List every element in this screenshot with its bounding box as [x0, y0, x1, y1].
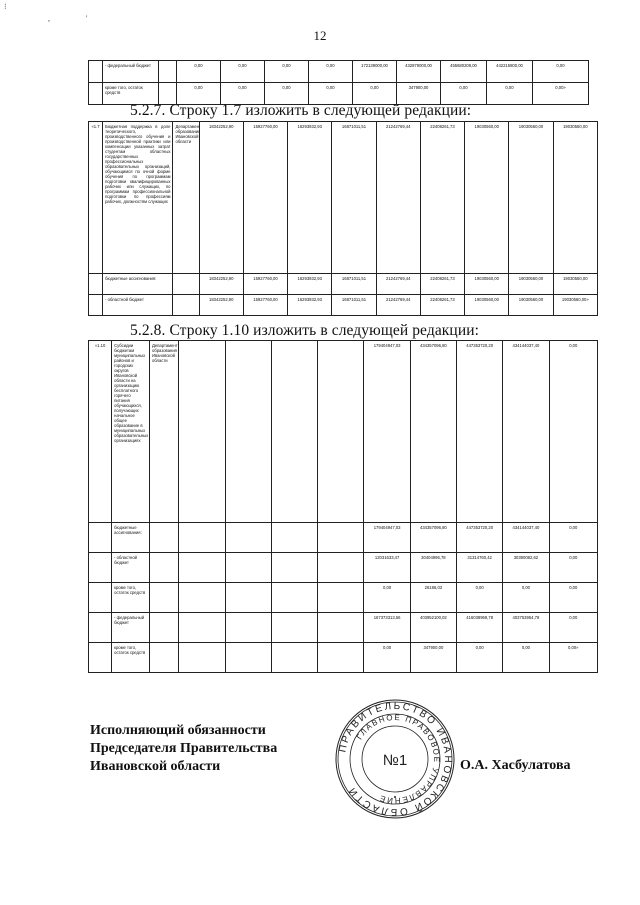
empty-cell	[89, 295, 103, 316]
empty-cell	[179, 583, 225, 613]
value-cell: 30390082,62	[503, 553, 549, 583]
empty-cell	[173, 295, 199, 316]
value-cell: 0,00	[487, 83, 533, 105]
value-cell: 447353720,20	[457, 341, 503, 523]
value-cell: 0,00	[549, 613, 597, 643]
value-cell: 16871011,51	[332, 295, 376, 316]
empty-cell	[318, 643, 364, 673]
table-row: - областной бюджет18342252,9015927760,00…	[89, 295, 598, 316]
empty-cell	[179, 341, 225, 523]
value-cell: 434357096,80	[410, 341, 456, 523]
value-cell: 0,00	[364, 643, 410, 673]
value-cell: 22408261,73	[420, 295, 464, 316]
value-cell: 19030560,00	[553, 122, 597, 274]
value-cell: 434144037,40	[503, 341, 549, 523]
value-cell: 21242769,44	[376, 295, 420, 316]
row-label: бюджетные ассигнования:	[103, 274, 173, 295]
empty-cell	[89, 643, 112, 673]
value-cell: 16871011,51	[332, 274, 376, 295]
empty-cell	[318, 341, 364, 523]
empty-cell	[173, 274, 199, 295]
empty-cell	[225, 613, 271, 643]
empty-cell	[89, 523, 112, 553]
empty-cell	[318, 583, 364, 613]
table-row-1-7: «1.7 Бюджетная поддержка в доле теоретич…	[88, 121, 598, 316]
value-cell: 0,00	[549, 341, 597, 523]
value-cell: 21242769,44	[376, 122, 420, 274]
section-528-heading: 5.2.8. Строку 1.10 изложить в следующей …	[130, 322, 479, 340]
value-cell: 19030560,00	[553, 274, 597, 295]
row-label: - областной бюджет	[112, 553, 150, 583]
empty-cell	[149, 553, 178, 583]
value-cell: 172139000,00	[353, 61, 397, 83]
row-number: «1.10	[89, 341, 112, 523]
value-cell: 347900,00	[410, 643, 456, 673]
empty-cell	[271, 553, 317, 583]
empty-cell	[179, 643, 225, 673]
table-row: - федеральный бюджет0,000,000,000,001721…	[89, 61, 589, 83]
value-cell: 19030560,00	[465, 274, 509, 295]
empty-cell	[271, 613, 317, 643]
value-cell: 455680209,00	[441, 61, 487, 83]
value-cell: 15927760,00	[243, 274, 287, 295]
value-cell: 15927760,00	[243, 122, 287, 274]
empty-cell	[149, 643, 178, 673]
value-cell: 0,00	[549, 553, 597, 583]
value-cell: 0,00	[364, 583, 410, 613]
row-description: Субсидии бюджетам муниципальных районов …	[112, 341, 150, 523]
table-row: - федеральный бюджет167373313,5640395210…	[89, 613, 598, 643]
empty-cell	[225, 553, 271, 583]
value-cell: 19030560,00»	[553, 295, 597, 316]
table-continuation: - федеральный бюджет0,000,000,000,001721…	[88, 60, 589, 105]
value-cell: 19030560,00	[465, 295, 509, 316]
empty-cell	[179, 523, 225, 553]
empty-cell	[318, 613, 364, 643]
value-cell: 0,00	[221, 61, 265, 83]
empty-cell	[89, 274, 103, 295]
svg-text:№1: №1	[383, 752, 407, 769]
value-cell: 447353720,20	[457, 523, 503, 553]
row-description: Бюджетная поддержка в доле теоретическог…	[103, 122, 173, 274]
official-stamp-icon: ПРАВИТЕЛЬСТВО ИВАНОВСКОЙ ОБЛАСТИ ГЛАВНОЕ…	[333, 697, 457, 821]
value-cell: 12031633,47	[364, 553, 410, 583]
table-row: кроме того, остаток средств0,0026186,030…	[89, 583, 598, 613]
value-cell: 442215800,00	[487, 61, 533, 83]
value-cell: 179404947,03	[364, 523, 410, 553]
empty-cell	[89, 583, 112, 613]
table-row: бюджетные ассигнования:18342252,90159277…	[89, 274, 598, 295]
value-cell: 15927760,00	[243, 295, 287, 316]
value-cell: 403753954,78	[503, 613, 549, 643]
value-cell: 0,00	[549, 523, 597, 553]
value-cell: 22408261,73	[420, 122, 464, 274]
value-cell: 434144037,40	[503, 523, 549, 553]
value-cell: 19030560,00	[509, 122, 553, 274]
value-cell: 18342252,90	[199, 295, 243, 316]
value-cell: 0,00	[265, 61, 309, 83]
value-cell: 19030560,00	[465, 122, 509, 274]
row-label: бюджетные ассигнования:	[112, 523, 150, 553]
value-cell: 30404996,78	[410, 553, 456, 583]
scan-artifact: '	[86, 14, 87, 23]
empty-cell	[271, 341, 317, 523]
value-cell: 21242769,44	[376, 274, 420, 295]
value-cell: 0,00	[457, 643, 503, 673]
row-executor: Департамент образования Ивановской облас…	[149, 341, 178, 523]
table-row: «1.10 Субсидии бюджетам муниципальных ра…	[89, 341, 598, 523]
empty-cell	[225, 643, 271, 673]
value-cell: 0,00	[533, 61, 589, 83]
value-cell: 432879000,00	[397, 61, 441, 83]
empty-cell	[225, 523, 271, 553]
table-row-1-10: «1.10 Субсидии бюджетам муниципальных ра…	[88, 340, 598, 673]
empty-cell	[318, 553, 364, 583]
value-cell: 0,00	[309, 61, 353, 83]
value-cell: 22408261,73	[420, 274, 464, 295]
signatory-line-3: Ивановской области	[90, 758, 277, 776]
empty-cell	[159, 61, 177, 83]
value-cell: 16293932,93	[288, 274, 332, 295]
empty-cell	[89, 553, 112, 583]
row-label: кроме того, остаток средств	[112, 643, 150, 673]
value-cell: 18342252,90	[199, 274, 243, 295]
empty-cell	[89, 83, 103, 105]
signatory-line-2: Председателя Правительства	[90, 740, 277, 758]
empty-cell	[179, 553, 225, 583]
empty-cell	[225, 341, 271, 523]
empty-cell	[149, 583, 178, 613]
scan-artifact: ,	[48, 14, 50, 23]
empty-cell	[318, 523, 364, 553]
value-cell: 0,00	[177, 61, 221, 83]
empty-cell	[225, 583, 271, 613]
value-cell: 0,00	[503, 583, 549, 613]
row-number: «1.7	[89, 122, 103, 274]
empty-cell	[89, 61, 103, 83]
value-cell: 26186,03	[410, 583, 456, 613]
value-cell: 16293932,93	[288, 122, 332, 274]
value-cell: 18342252,90	[199, 122, 243, 274]
signatory-title: Исполняющий обязанности Председателя Пра…	[90, 722, 277, 776]
value-cell: 16871011,51	[332, 122, 376, 274]
empty-cell	[89, 613, 112, 643]
value-cell: 167373313,56	[364, 613, 410, 643]
empty-cell	[179, 613, 225, 643]
value-cell: 434357096,80	[410, 523, 456, 553]
value-cell: 403952100,02	[410, 613, 456, 643]
row-label: - федеральный бюджет	[112, 613, 150, 643]
empty-cell	[271, 643, 317, 673]
signatory-name: О.А. Хасбулатова	[460, 757, 571, 775]
value-cell: 416038959,78	[457, 613, 503, 643]
value-cell: 0,00»	[533, 83, 589, 105]
value-cell: 16293932,93	[288, 295, 332, 316]
page-number: 12	[0, 28, 640, 44]
table-row: кроме того, остаток средств0,00347900,00…	[89, 643, 598, 673]
table-row: «1.7 Бюджетная поддержка в доле теоретич…	[89, 122, 598, 274]
empty-cell	[149, 523, 178, 553]
row-label: - областной бюджет	[103, 295, 173, 316]
empty-cell	[271, 523, 317, 553]
value-cell: 179404947,03	[364, 341, 410, 523]
row-label: кроме того, остаток средств	[112, 583, 150, 613]
value-cell: 31314760,42	[457, 553, 503, 583]
table-row: бюджетные ассигнования:179404947,0343435…	[89, 523, 598, 553]
value-cell: 19030560,00	[509, 274, 553, 295]
value-cell: 0,00	[503, 643, 549, 673]
value-cell: 0,00»	[549, 643, 597, 673]
empty-cell	[271, 583, 317, 613]
value-cell: 19030560,00	[509, 295, 553, 316]
scan-artifact: ⁝	[4, 2, 7, 11]
row-executor: Департамент образования Ивановской облас…	[173, 122, 199, 274]
value-cell: 0,00	[457, 583, 503, 613]
row-label: - федеральный бюджет	[103, 61, 159, 83]
table-row: - областной бюджет12031633,4730404996,78…	[89, 553, 598, 583]
section-527-heading: 5.2.7. Строку 1.7 изложить в следующей р…	[130, 102, 471, 120]
value-cell: 0,00	[549, 583, 597, 613]
empty-cell	[149, 613, 178, 643]
signatory-line-1: Исполняющий обязанности	[90, 722, 277, 740]
